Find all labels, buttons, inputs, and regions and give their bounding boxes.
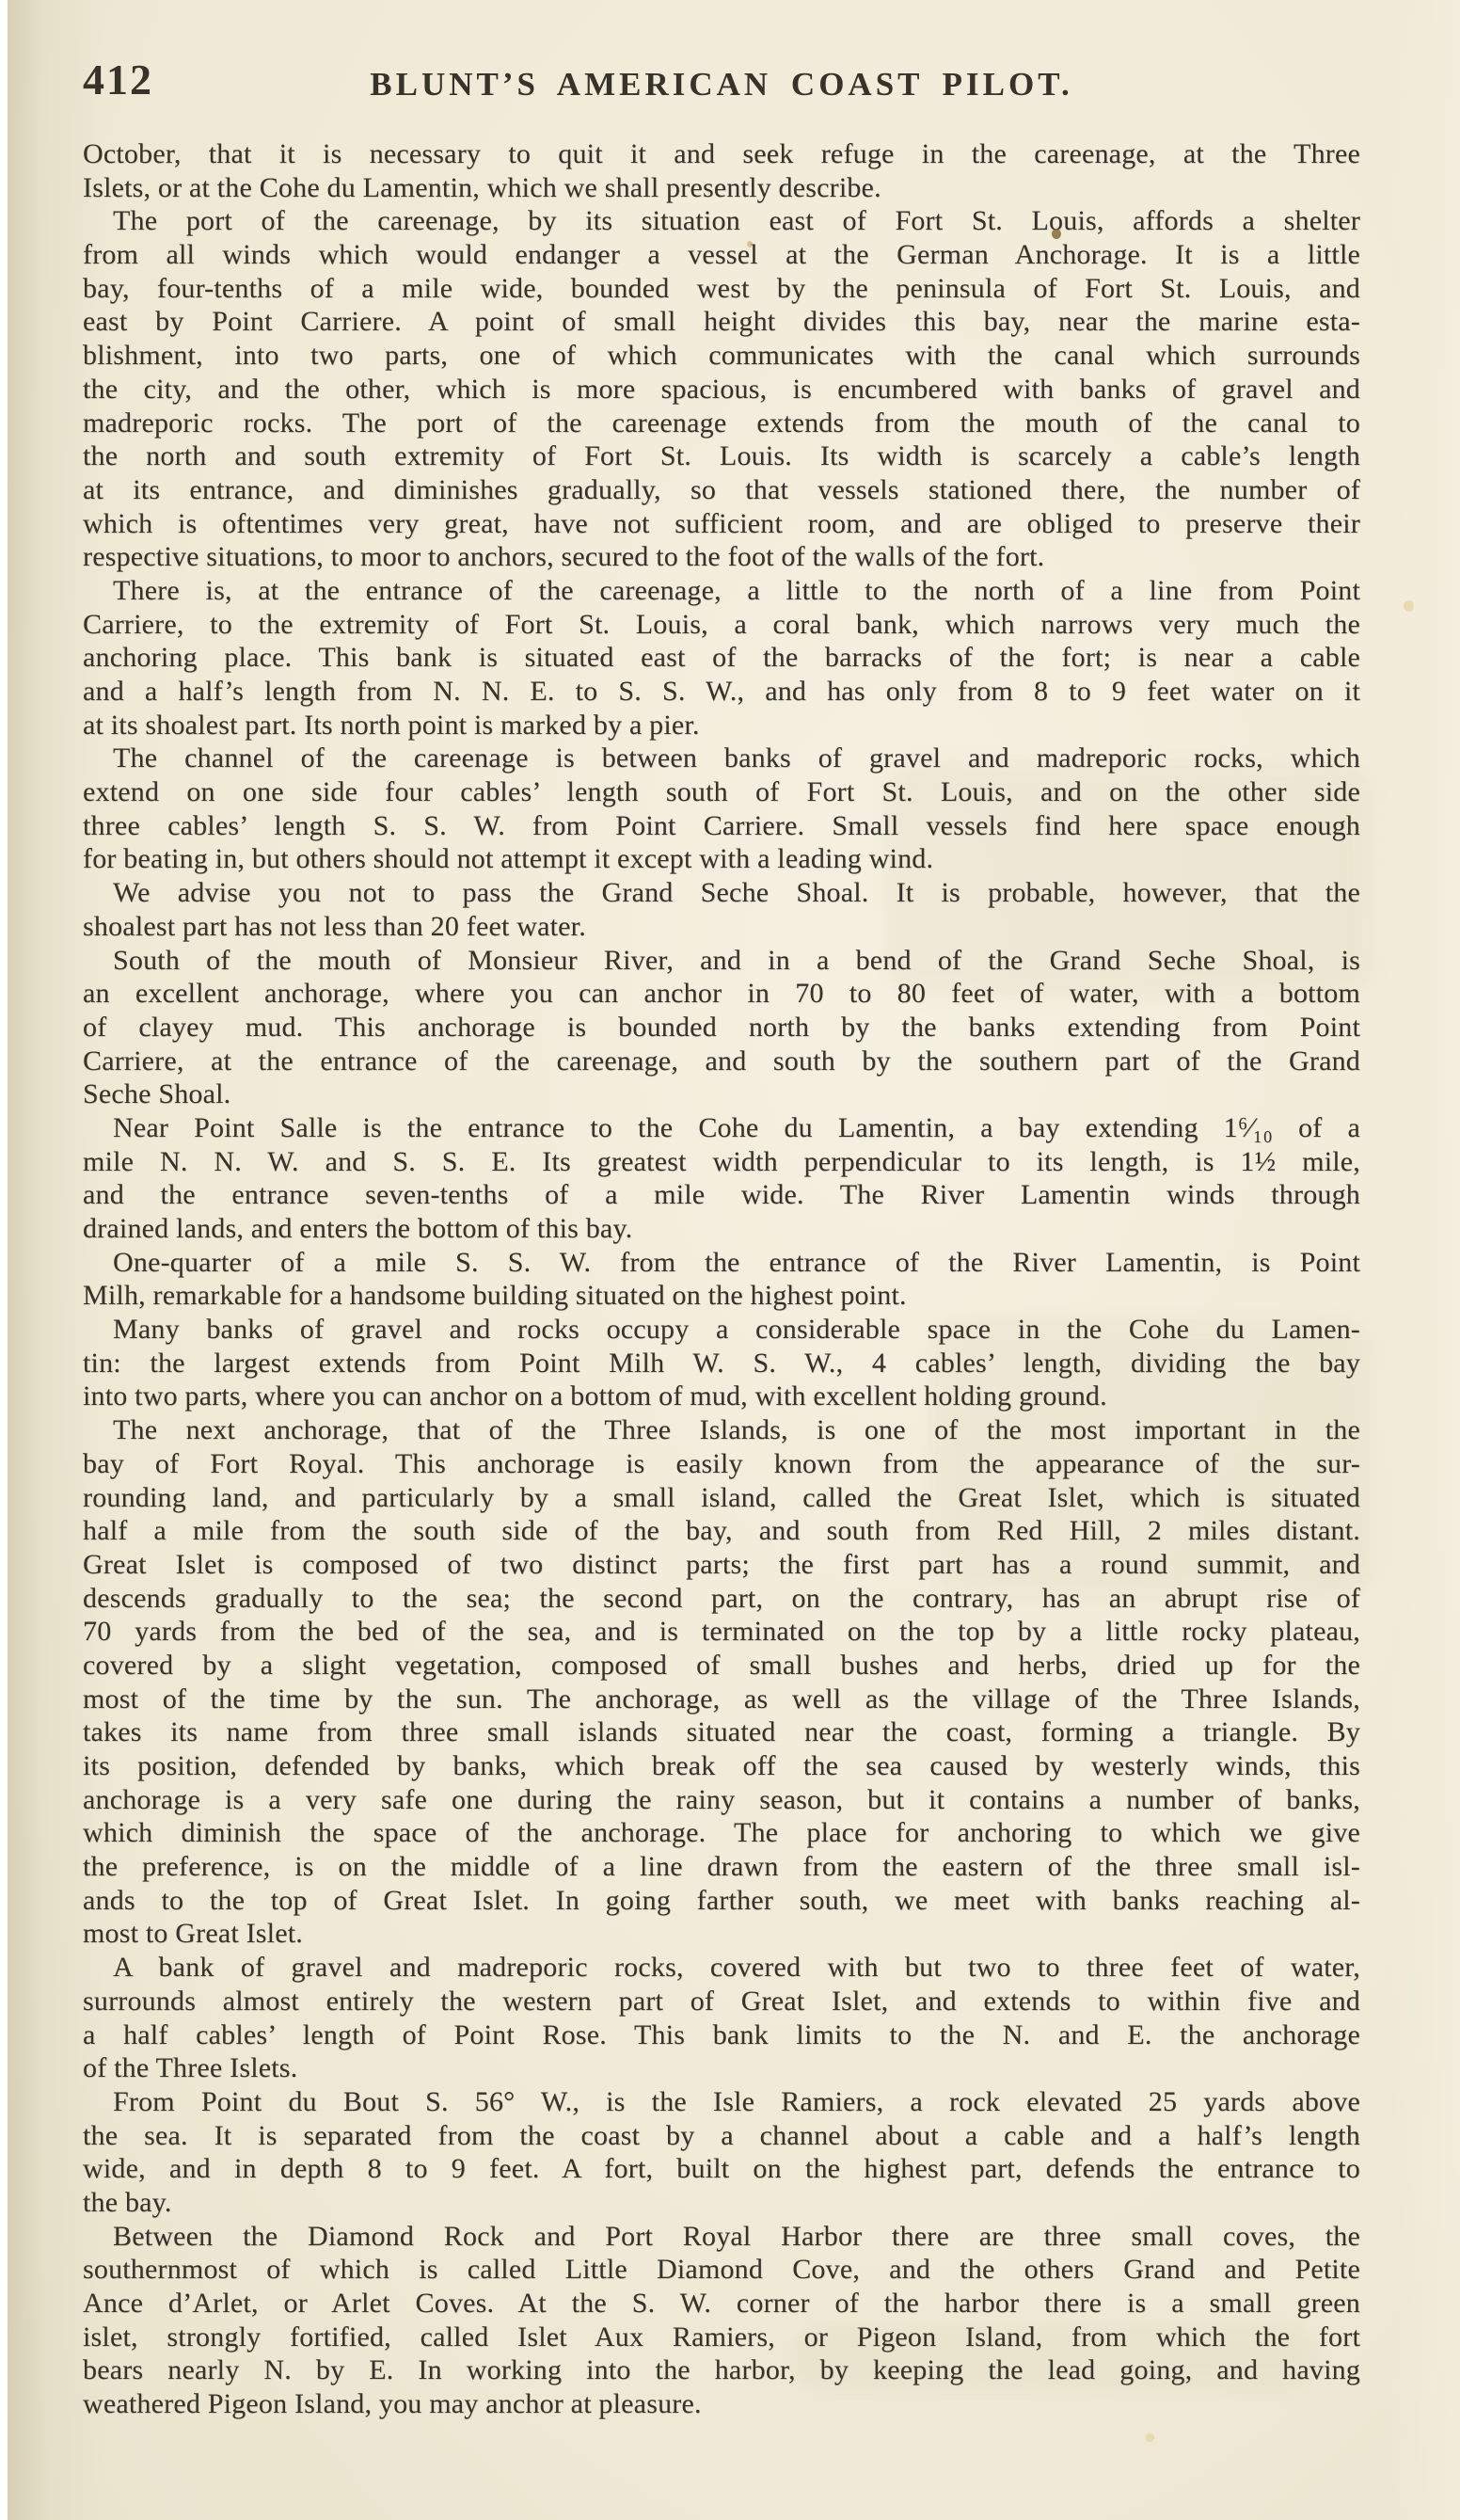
text-line: from all winds which would endanger a ve… xyxy=(83,238,1360,272)
text-line: From Point du Bout S. 56° W., is the Isl… xyxy=(83,2085,1360,2119)
text-line: bears nearly N. by E. In working into th… xyxy=(83,2353,1360,2387)
text-line: islet, strongly fortified, called Islet … xyxy=(83,2321,1360,2354)
paper-stain xyxy=(1146,2433,1154,2442)
text-line: and the entrance seven-tenths of a mile … xyxy=(83,1178,1360,1212)
text-line: Between the Diamond Rock and Port Royal … xyxy=(83,2220,1360,2254)
text-line: blishment, into two parts, one of which … xyxy=(83,339,1360,373)
book-page-scan: 412 BLUNT’S AMERICAN COAST PILOT. Octobe… xyxy=(0,0,1460,2520)
text-line: the city, and the other, which is more s… xyxy=(83,373,1360,407)
text-line: The channel of the careenage is between … xyxy=(83,742,1360,775)
text-line: at its shoalest part. Its north point is… xyxy=(83,709,1360,742)
text-line: We advise you not to pass the Grand Sech… xyxy=(83,876,1360,910)
text-line: most of the time by the sun. The anchora… xyxy=(83,1683,1360,1716)
text-line: into two parts, where you can anchor on … xyxy=(83,1380,1360,1413)
text-line: respective situations, to moor to anchor… xyxy=(83,540,1360,574)
text-line: One-quarter of a mile S. S. W. from the … xyxy=(83,1246,1360,1280)
text-line: ands to the top of Great Islet. In going… xyxy=(83,1884,1360,1918)
text-line: an excellent anchorage, where you can an… xyxy=(83,977,1360,1011)
text-line: weathered Pigeon Island, you may anchor … xyxy=(83,2387,1360,2421)
text-line: Seche Shoal. xyxy=(83,1077,1360,1111)
text-line: a half cables’ length of Point Rose. Thi… xyxy=(83,2018,1360,2052)
text-line: bay, four-tenths of a mile wide, bounded… xyxy=(83,272,1360,306)
paper-stain xyxy=(1052,229,1061,239)
text-line: Near Point Salle is the entrance to the … xyxy=(83,1111,1360,1145)
text-line: tin: the largest extends from Point Milh… xyxy=(83,1347,1360,1380)
text-line: which diminish the space of the anchorag… xyxy=(83,1816,1360,1850)
text-line: mile N. N. W. and S. S. E. Its greatest … xyxy=(83,1145,1360,1179)
text-line: surrounds almost entirely the western pa… xyxy=(83,1985,1360,2018)
text-line: takes its name from three small islands … xyxy=(83,1715,1360,1749)
text-line: the preference, is on the middle of a li… xyxy=(83,1850,1360,1884)
text-line: the north and south extremity of Fort St… xyxy=(83,439,1360,473)
text-line: which is oftentimes very great, have not… xyxy=(83,507,1360,541)
text-line: descends gradually to the sea; the secon… xyxy=(83,1582,1360,1616)
text-line: 70 yards from the bed of the sea, and is… xyxy=(83,1615,1360,1649)
text-line: rounding land, and particularly by a sma… xyxy=(83,1481,1360,1515)
text-line: drained lands, and enters the bottom of … xyxy=(83,1212,1360,1246)
text-line: east by Point Carriere. A point of small… xyxy=(83,305,1360,339)
text-line: The next anchorage, that of the Three Is… xyxy=(83,1413,1360,1447)
text-line: most to Great Islet. xyxy=(83,1917,1360,1951)
text-line: of clayey mud. This anchorage is bounded… xyxy=(83,1011,1360,1045)
text-line: South of the mouth of Monsieur River, an… xyxy=(83,944,1360,978)
text-line: Ance d’Arlet, or Arlet Coves. At the S. … xyxy=(83,2287,1360,2321)
text-line: of the Three Islets. xyxy=(83,2051,1360,2085)
text-line: anchorage is a very safe one during the … xyxy=(83,1783,1360,1817)
text-line: the sea. It is separated from the coast … xyxy=(83,2119,1360,2153)
text-line: the bay. xyxy=(83,2186,1360,2220)
text-line: bay of Fort Royal. This anchorage is eas… xyxy=(83,1447,1360,1481)
text-line: Carriere, at the entrance of the careena… xyxy=(83,1045,1360,1078)
text-line: Great Islet is composed of two distinct … xyxy=(83,1548,1360,1582)
running-title: BLUNT’S AMERICAN COAST PILOT. xyxy=(83,66,1360,104)
text-line: October, that it is necessary to quit it… xyxy=(83,137,1360,171)
text-line: half a mile from the south side of the b… xyxy=(83,1514,1360,1548)
text-line: anchoring place. This bank is situated e… xyxy=(83,641,1360,675)
text-line: The port of the careenage, by its situat… xyxy=(83,204,1360,238)
text-line: Milh, remarkable for a handsome building… xyxy=(83,1279,1360,1313)
text-line: extend on one side four cables’ length s… xyxy=(83,775,1360,809)
text-line: its position, defended by banks, which b… xyxy=(83,1749,1360,1783)
page-header: 412 BLUNT’S AMERICAN COAST PILOT. xyxy=(0,0,1460,132)
text-line: southernmost of which is called Little D… xyxy=(83,2253,1360,2287)
text-line: A bank of gravel and madreporic rocks, c… xyxy=(83,1951,1360,1985)
text-line: Islets, or at the Cohe du Lamentin, whic… xyxy=(83,171,1360,205)
scan-edge-strip xyxy=(0,0,8,2520)
text-line: shoalest part has not less than 20 feet … xyxy=(83,910,1360,944)
text-line: three cables’ length S. S. W. from Point… xyxy=(83,809,1360,843)
text-line: madreporic rocks. The port of the careen… xyxy=(83,407,1360,440)
paper-stain xyxy=(747,241,753,247)
text-line: Many banks of gravel and rocks occupy a … xyxy=(83,1313,1360,1347)
paper-stain xyxy=(1404,600,1414,612)
text-line: for beating in, but others should not at… xyxy=(83,842,1360,876)
body-text: October, that it is necessary to quit it… xyxy=(83,137,1360,2421)
text-line: at its entrance, and diminishes graduall… xyxy=(83,473,1360,507)
text-line: There is, at the entrance of the careena… xyxy=(83,574,1360,608)
text-line: Carriere, to the extremity of Fort St. L… xyxy=(83,608,1360,642)
text-line: covered by a slight vegetation, composed… xyxy=(83,1649,1360,1683)
text-line: and a half’s length from N. N. E. to S. … xyxy=(83,675,1360,709)
text-line: wide, and in depth 8 to 9 feet. A fort, … xyxy=(83,2152,1360,2186)
